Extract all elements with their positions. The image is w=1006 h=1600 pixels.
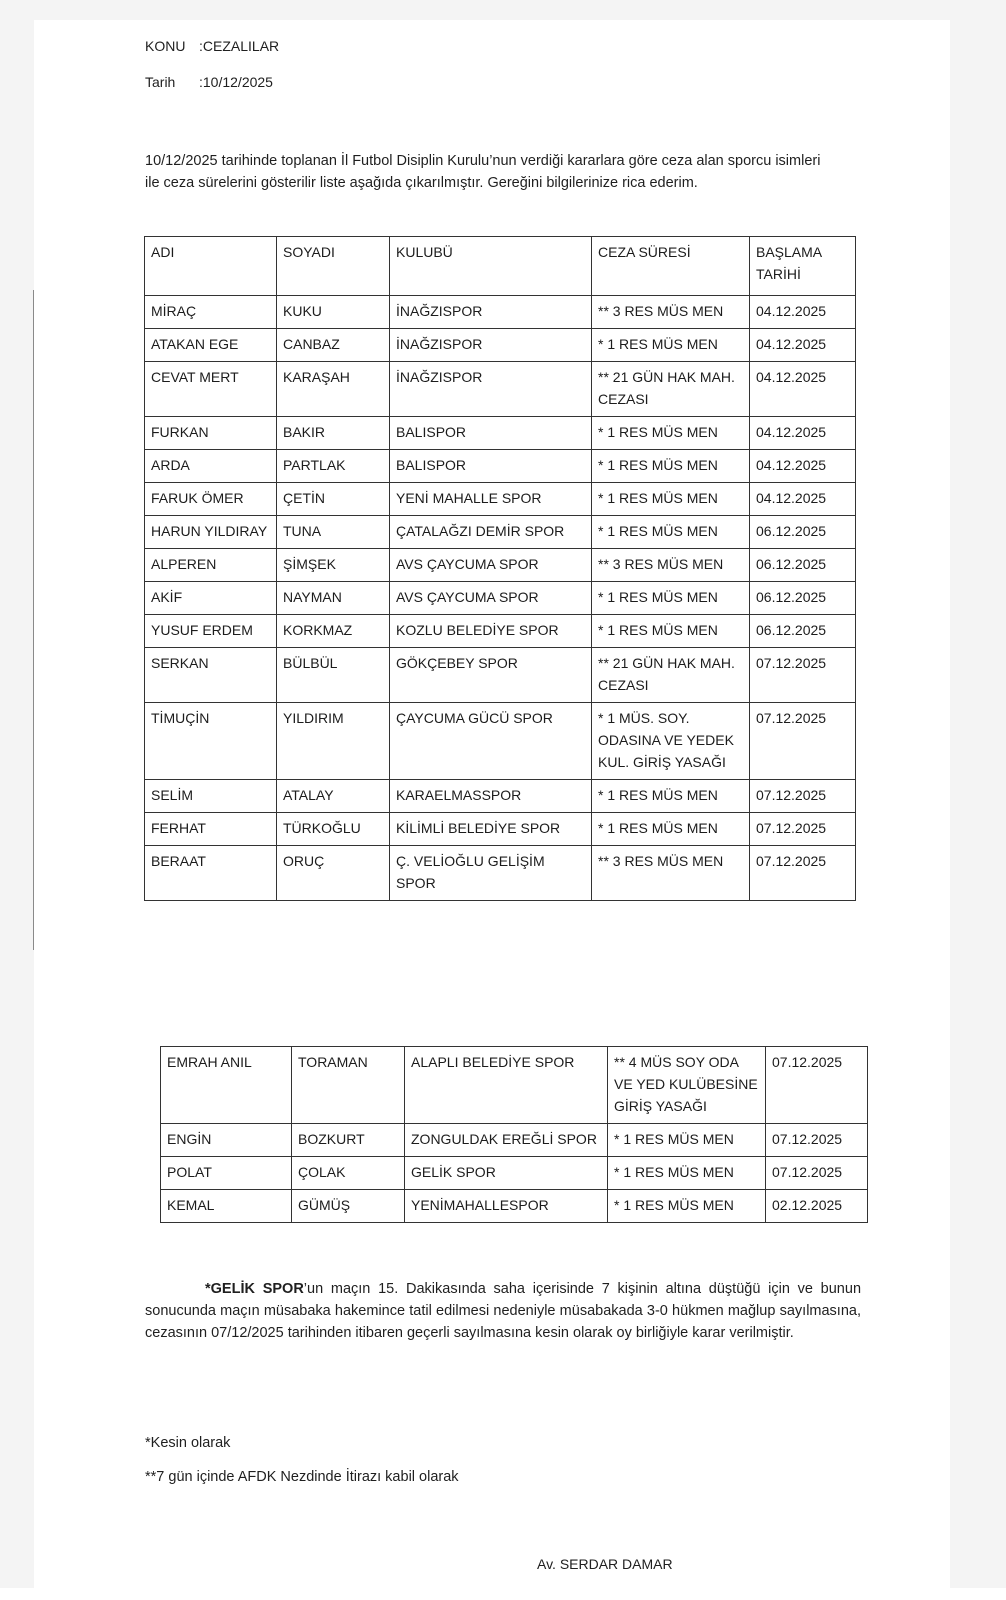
- subject-label: KONU: [145, 38, 199, 54]
- first-name-cell: FARUK ÖMER: [145, 483, 277, 516]
- club-cell: ÇATALAĞZI DEMİR SPOR: [390, 516, 592, 549]
- last-name-cell: ÇETİN: [277, 483, 390, 516]
- note-lead: *GELİK SPOR: [205, 1281, 304, 1297]
- last-name-cell: YILDIRIM: [277, 703, 390, 780]
- start-date-cell: 04.12.2025: [750, 483, 856, 516]
- penalty-cell: ** 21 GÜN HAK MAH. CEZASI: [592, 648, 750, 703]
- club-cell: AVS ÇAYCUMA SPOR: [390, 549, 592, 582]
- club-cell: ALAPLI BELEDİYE SPOR: [405, 1047, 608, 1124]
- first-name-cell: SERKAN: [145, 648, 277, 703]
- last-name-cell: ŞİMŞEK: [277, 549, 390, 582]
- table-row: FARUK ÖMERÇETİNYENİ MAHALLE SPOR* 1 RES …: [145, 483, 856, 516]
- table-row: POLATÇOLAKGELİK SPOR* 1 RES MÜS MEN07.12…: [161, 1157, 868, 1190]
- intro-paragraph: 10/12/2025 tarihinde toplanan İl Futbol …: [145, 150, 835, 194]
- legend-single-star: *Kesin olarak: [145, 1432, 230, 1454]
- last-name-cell: BOZKURT: [292, 1124, 405, 1157]
- bottom-strip: [0, 1588, 1006, 1600]
- table-row: ALPERENŞİMŞEKAVS ÇAYCUMA SPOR** 3 RES MÜ…: [145, 549, 856, 582]
- first-name-cell: AKİF: [145, 582, 277, 615]
- table-header-cell: CEZA SÜRESİ: [592, 237, 750, 296]
- start-date-cell: 04.12.2025: [750, 296, 856, 329]
- club-cell: Ç. VELİOĞLU GELİŞİM SPOR: [390, 846, 592, 901]
- last-name-cell: NAYMAN: [277, 582, 390, 615]
- first-name-cell: POLAT: [161, 1157, 292, 1190]
- first-name-cell: YUSUF ERDEM: [145, 615, 277, 648]
- scan-edge-line: [33, 290, 34, 950]
- gelik-spor-note: *GELİK SPOR’un maçın 15. Dakikasında sah…: [145, 1278, 861, 1344]
- table-row: BERAATORUÇÇ. VELİOĞLU GELİŞİM SPOR** 3 R…: [145, 846, 856, 901]
- club-cell: AVS ÇAYCUMA SPOR: [390, 582, 592, 615]
- date-value: :10/12/2025: [199, 74, 273, 90]
- first-name-cell: TİMUÇİN: [145, 703, 277, 780]
- table-header-cell: BAŞLAMA TARİHİ: [750, 237, 856, 296]
- last-name-cell: BAKIR: [277, 417, 390, 450]
- table-row: ENGİNBOZKURTZONGULDAK EREĞLİ SPOR* 1 RES…: [161, 1124, 868, 1157]
- table-row: SERKANBÜLBÜLGÖKÇEBEY SPOR** 21 GÜN HAK M…: [145, 648, 856, 703]
- start-date-cell: 07.12.2025: [750, 703, 856, 780]
- penalty-cell: * 1 RES MÜS MEN: [592, 417, 750, 450]
- start-date-cell: 04.12.2025: [750, 362, 856, 417]
- first-name-cell: HARUN YILDIRAY: [145, 516, 277, 549]
- first-name-cell: ARDA: [145, 450, 277, 483]
- table-row: CEVAT MERTKARAŞAHİNAĞZISPOR** 21 GÜN HAK…: [145, 362, 856, 417]
- table-row: KEMALGÜMÜŞYENİMAHALLESPOR* 1 RES MÜS MEN…: [161, 1190, 868, 1223]
- penalty-cell: ** 3 RES MÜS MEN: [592, 846, 750, 901]
- club-cell: KARAELMASSPOR: [390, 780, 592, 813]
- last-name-cell: TUNA: [277, 516, 390, 549]
- signature: Av. SERDAR DAMAR: [537, 1556, 673, 1572]
- club-cell: İNAĞZISPOR: [390, 296, 592, 329]
- subject-line: KONU :CEZALILAR: [145, 38, 279, 54]
- first-name-cell: KEMAL: [161, 1190, 292, 1223]
- first-name-cell: CEVAT MERT: [145, 362, 277, 417]
- first-name-cell: ATAKAN EGE: [145, 329, 277, 362]
- penalty-cell: * 1 RES MÜS MEN: [592, 780, 750, 813]
- penalty-cell: * 1 MÜS. SOY. ODASINA VE YEDEK KUL. GİRİ…: [592, 703, 750, 780]
- last-name-cell: BÜLBÜL: [277, 648, 390, 703]
- penalty-cell: ** 21 GÜN HAK MAH. CEZASI: [592, 362, 750, 417]
- start-date-cell: 06.12.2025: [750, 582, 856, 615]
- start-date-cell: 07.12.2025: [766, 1047, 868, 1124]
- penalty-cell: ** 3 RES MÜS MEN: [592, 549, 750, 582]
- first-name-cell: ALPEREN: [145, 549, 277, 582]
- table-row: ARDAPARTLAKBALISPOR* 1 RES MÜS MEN04.12.…: [145, 450, 856, 483]
- first-name-cell: EMRAH ANIL: [161, 1047, 292, 1124]
- last-name-cell: CANBAZ: [277, 329, 390, 362]
- penalty-cell: * 1 RES MÜS MEN: [608, 1190, 766, 1223]
- subject-value: :CEZALILAR: [199, 38, 279, 54]
- start-date-cell: 04.12.2025: [750, 329, 856, 362]
- last-name-cell: PARTLAK: [277, 450, 390, 483]
- last-name-cell: GÜMÜŞ: [292, 1190, 405, 1223]
- club-cell: İNAĞZISPOR: [390, 362, 592, 417]
- club-cell: YENİ MAHALLE SPOR: [390, 483, 592, 516]
- start-date-cell: 07.12.2025: [750, 780, 856, 813]
- table-row: HARUN YILDIRAYTUNAÇATALAĞZI DEMİR SPOR* …: [145, 516, 856, 549]
- table-row: MİRAÇKUKUİNAĞZISPOR** 3 RES MÜS MEN04.12…: [145, 296, 856, 329]
- first-name-cell: MİRAÇ: [145, 296, 277, 329]
- date-label: Tarih: [145, 74, 199, 90]
- penalty-cell: * 1 RES MÜS MEN: [592, 615, 750, 648]
- club-cell: BALISPOR: [390, 450, 592, 483]
- penalty-cell: ** 3 RES MÜS MEN: [592, 296, 750, 329]
- table-row: AKİFNAYMANAVS ÇAYCUMA SPOR* 1 RES MÜS ME…: [145, 582, 856, 615]
- table-header-cell: ADI: [145, 237, 277, 296]
- table-row: EMRAH ANILTORAMANALAPLI BELEDİYE SPOR** …: [161, 1047, 868, 1124]
- table-row: FURKANBAKIRBALISPOR* 1 RES MÜS MEN04.12.…: [145, 417, 856, 450]
- club-cell: KOZLU BELEDİYE SPOR: [390, 615, 592, 648]
- start-date-cell: 07.12.2025: [766, 1157, 868, 1190]
- penalty-cell: ** 4 MÜS SOY ODA VE YED KULÜBESİNE GİRİŞ…: [608, 1047, 766, 1124]
- last-name-cell: ATALAY: [277, 780, 390, 813]
- penalty-cell: * 1 RES MÜS MEN: [608, 1157, 766, 1190]
- penalty-cell: * 1 RES MÜS MEN: [608, 1124, 766, 1157]
- club-cell: GÖKÇEBEY SPOR: [390, 648, 592, 703]
- last-name-cell: ORUÇ: [277, 846, 390, 901]
- start-date-cell: 06.12.2025: [750, 615, 856, 648]
- penalty-cell: * 1 RES MÜS MEN: [592, 450, 750, 483]
- start-date-cell: 02.12.2025: [766, 1190, 868, 1223]
- table-header-row: ADISOYADIKULUBÜCEZA SÜRESİBAŞLAMA TARİHİ: [145, 237, 856, 296]
- start-date-cell: 07.12.2025: [750, 813, 856, 846]
- club-cell: ÇAYCUMA GÜCÜ SPOR: [390, 703, 592, 780]
- first-name-cell: SELİM: [145, 780, 277, 813]
- legend-double-star: **7 gün içinde AFDK Nezdinde İtirazı kab…: [145, 1466, 459, 1488]
- penalty-table-1: ADISOYADIKULUBÜCEZA SÜRESİBAŞLAMA TARİHİ…: [144, 236, 856, 901]
- first-name-cell: BERAAT: [145, 846, 277, 901]
- last-name-cell: TORAMAN: [292, 1047, 405, 1124]
- club-cell: ZONGULDAK EREĞLİ SPOR: [405, 1124, 608, 1157]
- start-date-cell: 07.12.2025: [766, 1124, 868, 1157]
- first-name-cell: FURKAN: [145, 417, 277, 450]
- first-name-cell: FERHAT: [145, 813, 277, 846]
- table-header-cell: KULUBÜ: [390, 237, 592, 296]
- penalty-cell: * 1 RES MÜS MEN: [592, 516, 750, 549]
- table-row: ATAKAN EGECANBAZİNAĞZISPOR* 1 RES MÜS ME…: [145, 329, 856, 362]
- table-row: SELİMATALAYKARAELMASSPOR* 1 RES MÜS MEN0…: [145, 780, 856, 813]
- penalty-cell: * 1 RES MÜS MEN: [592, 582, 750, 615]
- start-date-cell: 04.12.2025: [750, 450, 856, 483]
- table-header-cell: SOYADI: [277, 237, 390, 296]
- club-cell: KİLİMLİ BELEDİYE SPOR: [390, 813, 592, 846]
- club-cell: GELİK SPOR: [405, 1157, 608, 1190]
- start-date-cell: 04.12.2025: [750, 417, 856, 450]
- last-name-cell: KUKU: [277, 296, 390, 329]
- last-name-cell: ÇOLAK: [292, 1157, 405, 1190]
- table-row: TİMUÇİNYILDIRIMÇAYCUMA GÜCÜ SPOR* 1 MÜS.…: [145, 703, 856, 780]
- last-name-cell: KARAŞAH: [277, 362, 390, 417]
- penalty-table-2: EMRAH ANILTORAMANALAPLI BELEDİYE SPOR** …: [160, 1046, 868, 1223]
- club-cell: İNAĞZISPOR: [390, 329, 592, 362]
- penalty-cell: * 1 RES MÜS MEN: [592, 813, 750, 846]
- start-date-cell: 07.12.2025: [750, 648, 856, 703]
- penalty-cell: * 1 RES MÜS MEN: [592, 329, 750, 362]
- first-name-cell: ENGİN: [161, 1124, 292, 1157]
- table-row: YUSUF ERDEMKORKMAZKOZLU BELEDİYE SPOR* 1…: [145, 615, 856, 648]
- penalty-cell: * 1 RES MÜS MEN: [592, 483, 750, 516]
- last-name-cell: KORKMAZ: [277, 615, 390, 648]
- start-date-cell: 06.12.2025: [750, 516, 856, 549]
- start-date-cell: 06.12.2025: [750, 549, 856, 582]
- club-cell: YENİMAHALLESPOR: [405, 1190, 608, 1223]
- club-cell: BALISPOR: [390, 417, 592, 450]
- date-line: Tarih :10/12/2025: [145, 74, 273, 90]
- table-row: FERHATTÜRKOĞLUKİLİMLİ BELEDİYE SPOR* 1 R…: [145, 813, 856, 846]
- last-name-cell: TÜRKOĞLU: [277, 813, 390, 846]
- start-date-cell: 07.12.2025: [750, 846, 856, 901]
